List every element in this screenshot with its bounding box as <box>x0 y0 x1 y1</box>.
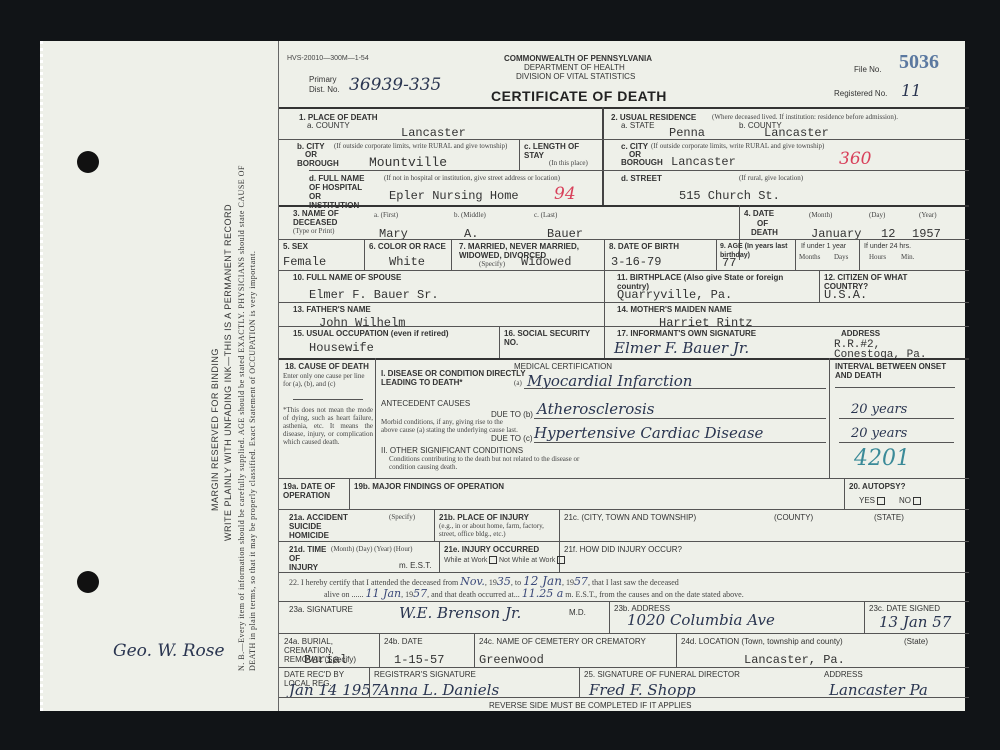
divider <box>279 302 969 303</box>
margin-binding-note: MARGIN RESERVED FOR BINDING <box>210 348 220 511</box>
county-label: a. COUNTY <box>307 121 350 130</box>
middle-label: b. (Middle) <box>454 211 486 219</box>
spouse-value: Elmer F. Bauer Sr. <box>309 288 439 302</box>
burial-state-label: (State) <box>904 637 928 646</box>
divider <box>795 239 796 270</box>
cause-b: Atherosclerosis <box>537 400 655 418</box>
borough-label: BOROUGH <box>297 159 339 168</box>
attended-to-year: 57 <box>574 575 588 588</box>
race-value: White <box>389 255 425 269</box>
binding-margin: MARGIN RESERVED FOR BINDING WRITE PLAINL… <box>43 41 278 711</box>
state-label: a. STATE <box>621 121 655 130</box>
divider <box>864 601 865 633</box>
occupation-label: 15. USUAL OCCUPATION (even if retired) <box>293 329 449 338</box>
at-work-option[interactable]: While at Work <box>444 556 497 565</box>
name-label: 3. NAME OF DECEASED <box>293 209 353 227</box>
residence-code: 360 <box>839 149 871 169</box>
divider <box>859 239 860 270</box>
divider <box>451 239 452 270</box>
certify-text-2: that I last saw the deceased <box>592 578 679 587</box>
divider <box>349 478 350 509</box>
res-borough-label: BOROUGH <box>621 158 663 167</box>
physician-sig-label: 23a. SIGNATURE <box>289 605 353 614</box>
divider <box>499 326 500 358</box>
cemetery-label: 24c. NAME OF CEMETERY OR CREMATORY <box>479 637 646 646</box>
divider <box>839 442 954 443</box>
divider <box>279 326 969 327</box>
certify-text-3: m. E.S.T., from the causes and on the da… <box>565 590 743 599</box>
registered-no-label: Registered No. <box>834 89 887 98</box>
injury-county-label: (COUNTY) <box>774 513 813 522</box>
last-label: c. (Last) <box>534 211 557 219</box>
under1-label: If under 1 year <box>801 242 846 251</box>
divider <box>279 633 969 634</box>
spouse-label: 10. FULL NAME OF SPOUSE <box>293 273 401 282</box>
injury-est: m. E.S.T. <box>399 561 431 570</box>
divider <box>524 388 826 389</box>
injury-time-cols: (Month) (Day) (Year) (Hour) <box>331 545 413 553</box>
divider <box>829 358 830 478</box>
dod-label: 4. DATE <box>744 209 774 218</box>
or-label: OR <box>305 150 317 159</box>
punch-hole-bottom <box>77 571 99 593</box>
divider <box>309 170 602 171</box>
place-city: Mountville <box>369 155 447 170</box>
punch-hole-top <box>77 151 99 173</box>
age-value: 77 <box>722 256 736 270</box>
divider <box>279 270 969 271</box>
date-signed: 13 Jan 57 <box>879 613 951 631</box>
divider <box>279 239 969 240</box>
margin-signature: Geo. W. Rose <box>113 641 225 661</box>
yes-label: YES <box>859 496 875 505</box>
divider <box>279 601 969 602</box>
divider <box>604 326 605 358</box>
interval-label: INTERVAL BETWEEN ONSET AND DEATH <box>835 362 960 380</box>
dist-label: Dist. No. <box>309 85 340 94</box>
father-label: 13. FATHER'S NAME <box>293 305 371 314</box>
divider <box>519 139 520 170</box>
divider <box>474 633 475 667</box>
divider <box>609 601 610 633</box>
file-no-label: File No. <box>854 65 882 74</box>
race-label: 6. COLOR OR RACE <box>369 242 446 251</box>
residence-note: (Where deceased lived. If institution: r… <box>712 113 962 121</box>
res-city-note: (If outside corporate limits, write RURA… <box>651 142 824 150</box>
alive-label: alive on <box>324 590 350 599</box>
cemetery: Greenwood <box>479 653 544 667</box>
divider <box>279 358 969 360</box>
divider <box>844 478 845 509</box>
date-signed-label: 23c. DATE SIGNED <box>869 604 940 613</box>
under24-label: If under 24 hrs. <box>864 242 911 251</box>
cause-a-label: (a) <box>514 379 522 387</box>
injury-place-label: 21b. PLACE OF INJURY <box>439 513 529 522</box>
divider <box>293 399 363 400</box>
injury-time-label: 21d. TIME OF INJURY <box>289 545 329 572</box>
alive-year: 57 <box>413 587 427 600</box>
autopsy-label: 20. AUTOPSY? <box>849 482 905 491</box>
marital-value: Widowed <box>521 255 571 269</box>
place-county: Lancaster <box>401 126 466 140</box>
certificate-title: CERTIFICATE OF DEATH <box>491 88 667 104</box>
burial-date-label: 24b. DATE <box>384 637 423 646</box>
ssn-label: 16. SOCIAL SECURITY NO. <box>504 329 594 347</box>
divider <box>839 418 954 419</box>
burial-location: Lancaster, Pa. <box>744 653 845 667</box>
divider <box>602 170 969 171</box>
not-at-work-option[interactable]: Not While at Work <box>499 556 565 565</box>
divider <box>534 442 826 443</box>
divider <box>604 302 605 326</box>
cause-side-note-2: *This does not mean the mode of dying, s… <box>283 406 373 446</box>
attended-from-year: 35 <box>497 575 511 588</box>
name-note: (Type or Print) <box>293 227 335 235</box>
autopsy-no[interactable]: NO <box>899 496 921 505</box>
year-label: (Year) <box>919 211 937 219</box>
sex-label: 5. SEX <box>283 242 308 251</box>
divider <box>602 139 969 140</box>
divider <box>604 270 605 302</box>
injury-type-label: 21a. ACCIDENT SUICIDE HOMICIDE <box>289 513 351 540</box>
divider <box>579 667 580 697</box>
street-note: (If rural, give location) <box>739 174 803 182</box>
registrar-label: REGISTRAR'S SIGNATURE <box>374 670 476 679</box>
injury-state-label: (STATE) <box>874 513 904 522</box>
cause-code: 4201 <box>854 446 910 471</box>
divider <box>819 270 820 302</box>
burial-type: Burial <box>304 653 347 667</box>
margin-ink-note: WRITE PLAINLY WITH UNFADING INK—THIS IS … <box>223 204 233 541</box>
margin-instructions-2: DEATH in plain terms, so that it may be … <box>248 251 257 671</box>
residence-county: Lancaster <box>764 126 829 140</box>
registered-number: 11 <box>901 81 921 100</box>
divider <box>279 478 969 479</box>
divider <box>279 667 969 668</box>
other-conditions-note: Conditions contributing to the death but… <box>389 455 589 471</box>
divider <box>835 387 955 388</box>
reverse-side-note: REVERSE SIDE MUST BE COMPLETED IF IT APP… <box>489 701 691 710</box>
month-label: (Month) <box>809 211 832 219</box>
dod-label-of: OF <box>757 219 768 228</box>
other-conditions-label: II. OTHER SIGNIFICANT CONDITIONS <box>381 446 523 455</box>
certify-text-1: 22. I hereby certify that I attended the… <box>289 578 458 587</box>
days-label: Days <box>834 253 848 261</box>
cause-b-interval: 20 years <box>851 402 907 417</box>
divider <box>279 572 969 573</box>
death-time: 11.25 a <box>522 587 564 600</box>
cause-c-label: DUE TO (c) <box>491 434 532 443</box>
divider <box>716 239 717 270</box>
birthplace-value: Quarryville, Pa. <box>617 288 732 302</box>
certify-line-1: 22. I hereby certify that I attended the… <box>289 577 679 587</box>
father-value: John Wilhelm <box>319 316 405 330</box>
mother-label: 14. MOTHER'S MAIDEN NAME <box>617 305 732 314</box>
primary-label: Primary <box>309 75 337 84</box>
not-at-work-label: Not While at Work <box>499 557 555 564</box>
divider <box>279 205 969 207</box>
funeral-director-label: 25. SIGNATURE OF FUNERAL DIRECTOR <box>584 670 740 679</box>
dod-label-death: DEATH <box>751 228 778 237</box>
agency-line-1: COMMONWEALTH OF PENNSYLVANIA <box>504 54 652 63</box>
occupation-value: Housewife <box>309 341 374 355</box>
stay-label: c. LENGTH OF STAY <box>524 142 599 160</box>
no-label: NO <box>899 496 911 505</box>
divider <box>375 358 376 478</box>
attended-to: 12 Jan <box>523 574 562 588</box>
residence-city: Lancaster <box>671 155 736 169</box>
cause-side-note-1: Enter only one cause per line for (a), (… <box>283 372 371 388</box>
injury-place-note: (e.g., in or about home, farm, factory, … <box>439 522 557 538</box>
file-number: 5036 <box>899 51 939 74</box>
death-certificate: MARGIN RESERVED FOR BINDING WRITE PLAINL… <box>40 41 965 711</box>
attended-from: Nov. <box>460 575 485 588</box>
divider <box>279 697 969 698</box>
certificate-form: HVS-20010—300M—1-54 Primary Dist. No. 36… <box>278 41 968 711</box>
certify-line-2: alive on ...... 11 Jan, 1957, and that d… <box>324 590 744 599</box>
citizen-value: U.S.A. <box>824 288 867 302</box>
dob-label: 8. DATE OF BIRTH <box>609 242 679 251</box>
death-time-label: and that death occurred at <box>431 590 514 599</box>
mother-value: Harriet Rintz <box>659 316 753 330</box>
burial-location-label: 24d. LOCATION (Town, township and county… <box>681 637 843 646</box>
funeral-address-label: ADDRESS <box>824 670 863 679</box>
residence-state: Penna <box>669 126 705 140</box>
residence-street: 515 Church St. <box>679 189 780 203</box>
divider <box>439 541 440 572</box>
informant-signature: Elmer F. Bauer Jr. <box>614 339 749 357</box>
burial-date: 1-15-57 <box>394 653 444 667</box>
not-at-work-checkbox[interactable] <box>557 556 565 564</box>
divider <box>369 667 370 697</box>
marital-note: (Specify) <box>479 260 505 268</box>
street-label: d. STREET <box>621 174 662 183</box>
institution-note: (If not in hospital or institution, give… <box>384 174 599 182</box>
informant-label: 17. INFORMANT'S OWN SIGNATURE <box>617 329 756 338</box>
place-institution: Epler Nursing Home <box>389 189 519 203</box>
agency-line-2: DEPARTMENT OF HEALTH <box>524 63 625 72</box>
dob-value: 3-16-79 <box>611 255 661 269</box>
cause-label: 18. CAUSE OF DEATH <box>285 362 369 371</box>
at-work-checkbox[interactable] <box>489 556 497 564</box>
margin-instructions-1: N. B.—Every item of information should b… <box>237 165 246 671</box>
section-divider <box>602 107 604 207</box>
agency-line-3: DIVISION OF VITAL STATISTICS <box>516 72 635 81</box>
antecedent-label: ANTECEDENT CAUSES <box>381 399 470 408</box>
place-code: 94 <box>554 184 576 204</box>
city-note: (If outside corporate limits, write RURA… <box>334 142 519 150</box>
physician-signature: W.E. Brenson Jr. <box>399 604 521 622</box>
divider <box>279 541 969 542</box>
injury-how-label: 21f. HOW DID INJURY OCCUR? <box>564 545 682 554</box>
injury-occurred-label: 21e. INJURY OCCURRED <box>444 545 539 554</box>
hours-label: Hours <box>869 253 886 261</box>
morbid-note: Morbid conditions, if any, giving rise t… <box>381 418 521 434</box>
informant-address-label: ADDRESS <box>841 329 880 338</box>
day-label: (Day) <box>869 211 885 219</box>
first-label: a. (First) <box>374 211 398 219</box>
alive-date: 11 Jan <box>366 587 402 600</box>
autopsy-yes[interactable]: YES <box>859 496 885 505</box>
injury-specify: (Specify) <box>389 513 415 521</box>
divider <box>434 509 435 541</box>
header-divider <box>279 107 969 109</box>
months-label: Months <box>799 253 820 261</box>
disease-label: I. DISEASE OR CONDITION DIRECTLY LEADING… <box>381 369 531 387</box>
operation-date-label: 19a. DATE OF OPERATION <box>283 482 343 500</box>
min-label: Min. <box>901 253 914 261</box>
form-code: HVS-20010—300M—1-54 <box>287 55 369 63</box>
md-label: M.D. <box>569 608 586 617</box>
at-work-label: While at Work <box>444 557 487 564</box>
injury-city-label: 21c. (CITY, TOWN AND TOWNSHIP) <box>564 513 696 522</box>
divider <box>676 633 677 667</box>
divider <box>379 633 380 667</box>
cause-c-interval: 20 years <box>851 426 907 441</box>
physician-address: 1020 Columbia Ave <box>627 611 775 629</box>
dist-number: 36939-335 <box>349 75 441 95</box>
divider <box>534 418 826 419</box>
divider <box>364 239 365 270</box>
operation-findings-label: 19b. MAJOR FINDINGS OF OPERATION <box>354 482 504 491</box>
yes-checkbox[interactable] <box>877 497 885 505</box>
sex-value: Female <box>283 255 326 269</box>
divider <box>604 239 605 270</box>
stay-note: (In this place) <box>549 159 588 167</box>
divider <box>279 509 969 510</box>
cause-c: Hypertensive Cardiac Disease <box>534 424 763 442</box>
divider <box>279 139 602 140</box>
no-checkbox[interactable] <box>913 497 921 505</box>
